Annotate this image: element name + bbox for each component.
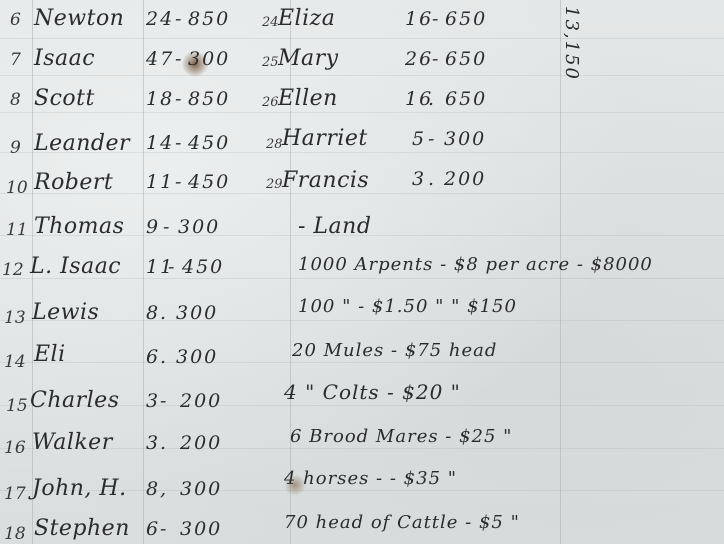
person-name: Stephen [34,518,130,540]
person-name: Eliza [278,8,335,30]
row-number: 28 [266,138,283,151]
value: 300 [178,218,220,237]
value: - [175,173,183,192]
value: . [160,348,168,367]
age: 18 [146,90,174,109]
row-number: 9 [10,140,21,157]
person-name: John, H. [32,478,127,500]
value: 450 [188,134,230,153]
age: 47 [146,50,174,69]
row-number: 18 [4,526,26,543]
person-name: Thomas [34,216,124,238]
age: 3 [146,392,160,411]
person-name: Mary [278,48,339,70]
row-number: 11 [6,222,28,239]
column-rule [290,0,291,544]
value: 300 [444,130,486,149]
value: - [175,90,183,109]
value: - [175,134,183,153]
livestock-item: 6 Brood Mares - $25 " [290,428,512,446]
value: 650 [445,50,487,69]
value: - [160,392,168,411]
row-number: 25 [262,56,279,69]
person-name: Scott [34,88,95,110]
land-item: 100 " - $1.50 " " $150 [298,298,517,316]
row-number: 29 [266,178,283,191]
age: 16 [405,10,433,29]
value: . [160,304,168,323]
value: . [428,170,436,189]
person-name: Francis [282,170,369,192]
person-name: Walker [32,432,113,454]
value: , [160,480,168,499]
value: 450 [182,258,224,277]
person-name: Isaac [34,48,95,70]
person-name: Ellen [278,88,338,110]
row-number: 24 [262,16,279,29]
value: 300 [176,304,218,323]
value: 650 [445,90,487,109]
value: . [160,434,168,453]
person-name: Newton [34,8,124,30]
livestock-item: 20 Mules - $75 head [292,342,497,360]
person-name: Harriet [282,128,368,150]
age: 3 [412,170,426,189]
value: 850 [188,10,230,29]
value: 300 [176,348,218,367]
value: - [163,218,171,237]
row-number: 7 [10,52,21,69]
value: 450 [188,173,230,192]
age: 6 [146,348,160,367]
land-heading: - Land [298,216,371,238]
age: 24 [146,10,174,29]
row-rule [0,75,724,76]
person-name: Charles [30,390,119,412]
person-name: Eli [34,344,66,366]
age: 14 [146,134,174,153]
age: 6 [146,520,160,539]
value: 850 [188,90,230,109]
age: 8 [146,480,160,499]
row-rule [0,38,724,39]
column-rule [143,0,144,544]
row-number: 17 [4,486,26,503]
value: . [428,90,436,109]
margin-total: 13,150 [561,6,582,81]
age: 3 [146,434,160,453]
land-item: 1000 Arpents - $8 per acre - $8000 [298,256,653,274]
value: 300 [188,50,230,69]
value: - [168,258,176,277]
value: - [175,10,183,29]
row-number: 15 [6,398,28,415]
value: 300 [180,480,222,499]
row-number: 8 [10,92,21,109]
value: 200 [180,392,222,411]
row-number: 13 [4,310,26,327]
row-number: 10 [6,180,28,197]
value: - [432,10,440,29]
row-number: 12 [2,262,24,279]
value: - [175,50,183,69]
row-rule [0,362,724,363]
value: 200 [444,170,486,189]
livestock-item: 4 " Colts - $20 " [284,382,461,402]
person-name: Leander [34,133,130,155]
row-rule [0,320,724,321]
value: 300 [180,520,222,539]
value: - [160,520,168,539]
value: 200 [180,434,222,453]
value: 650 [445,10,487,29]
value: - [432,50,440,69]
row-number: 14 [4,354,26,371]
age: 26 [405,50,433,69]
age: 8 [146,304,160,323]
livestock-item: 4 horses - - $35 " [284,470,457,488]
age: 9 [146,218,160,237]
age: 5 [412,130,426,149]
row-number: 26 [262,96,279,109]
person-name: Lewis [32,302,99,324]
value: - [428,130,436,149]
row-number: 6 [10,12,21,29]
row-number: 16 [4,440,26,457]
row-rule [0,112,724,113]
livestock-item: 70 head of Cattle - $5 " [284,514,520,532]
person-name: Robert [34,172,113,194]
person-name: L. Isaac [30,256,121,278]
age: 11 [146,173,174,192]
